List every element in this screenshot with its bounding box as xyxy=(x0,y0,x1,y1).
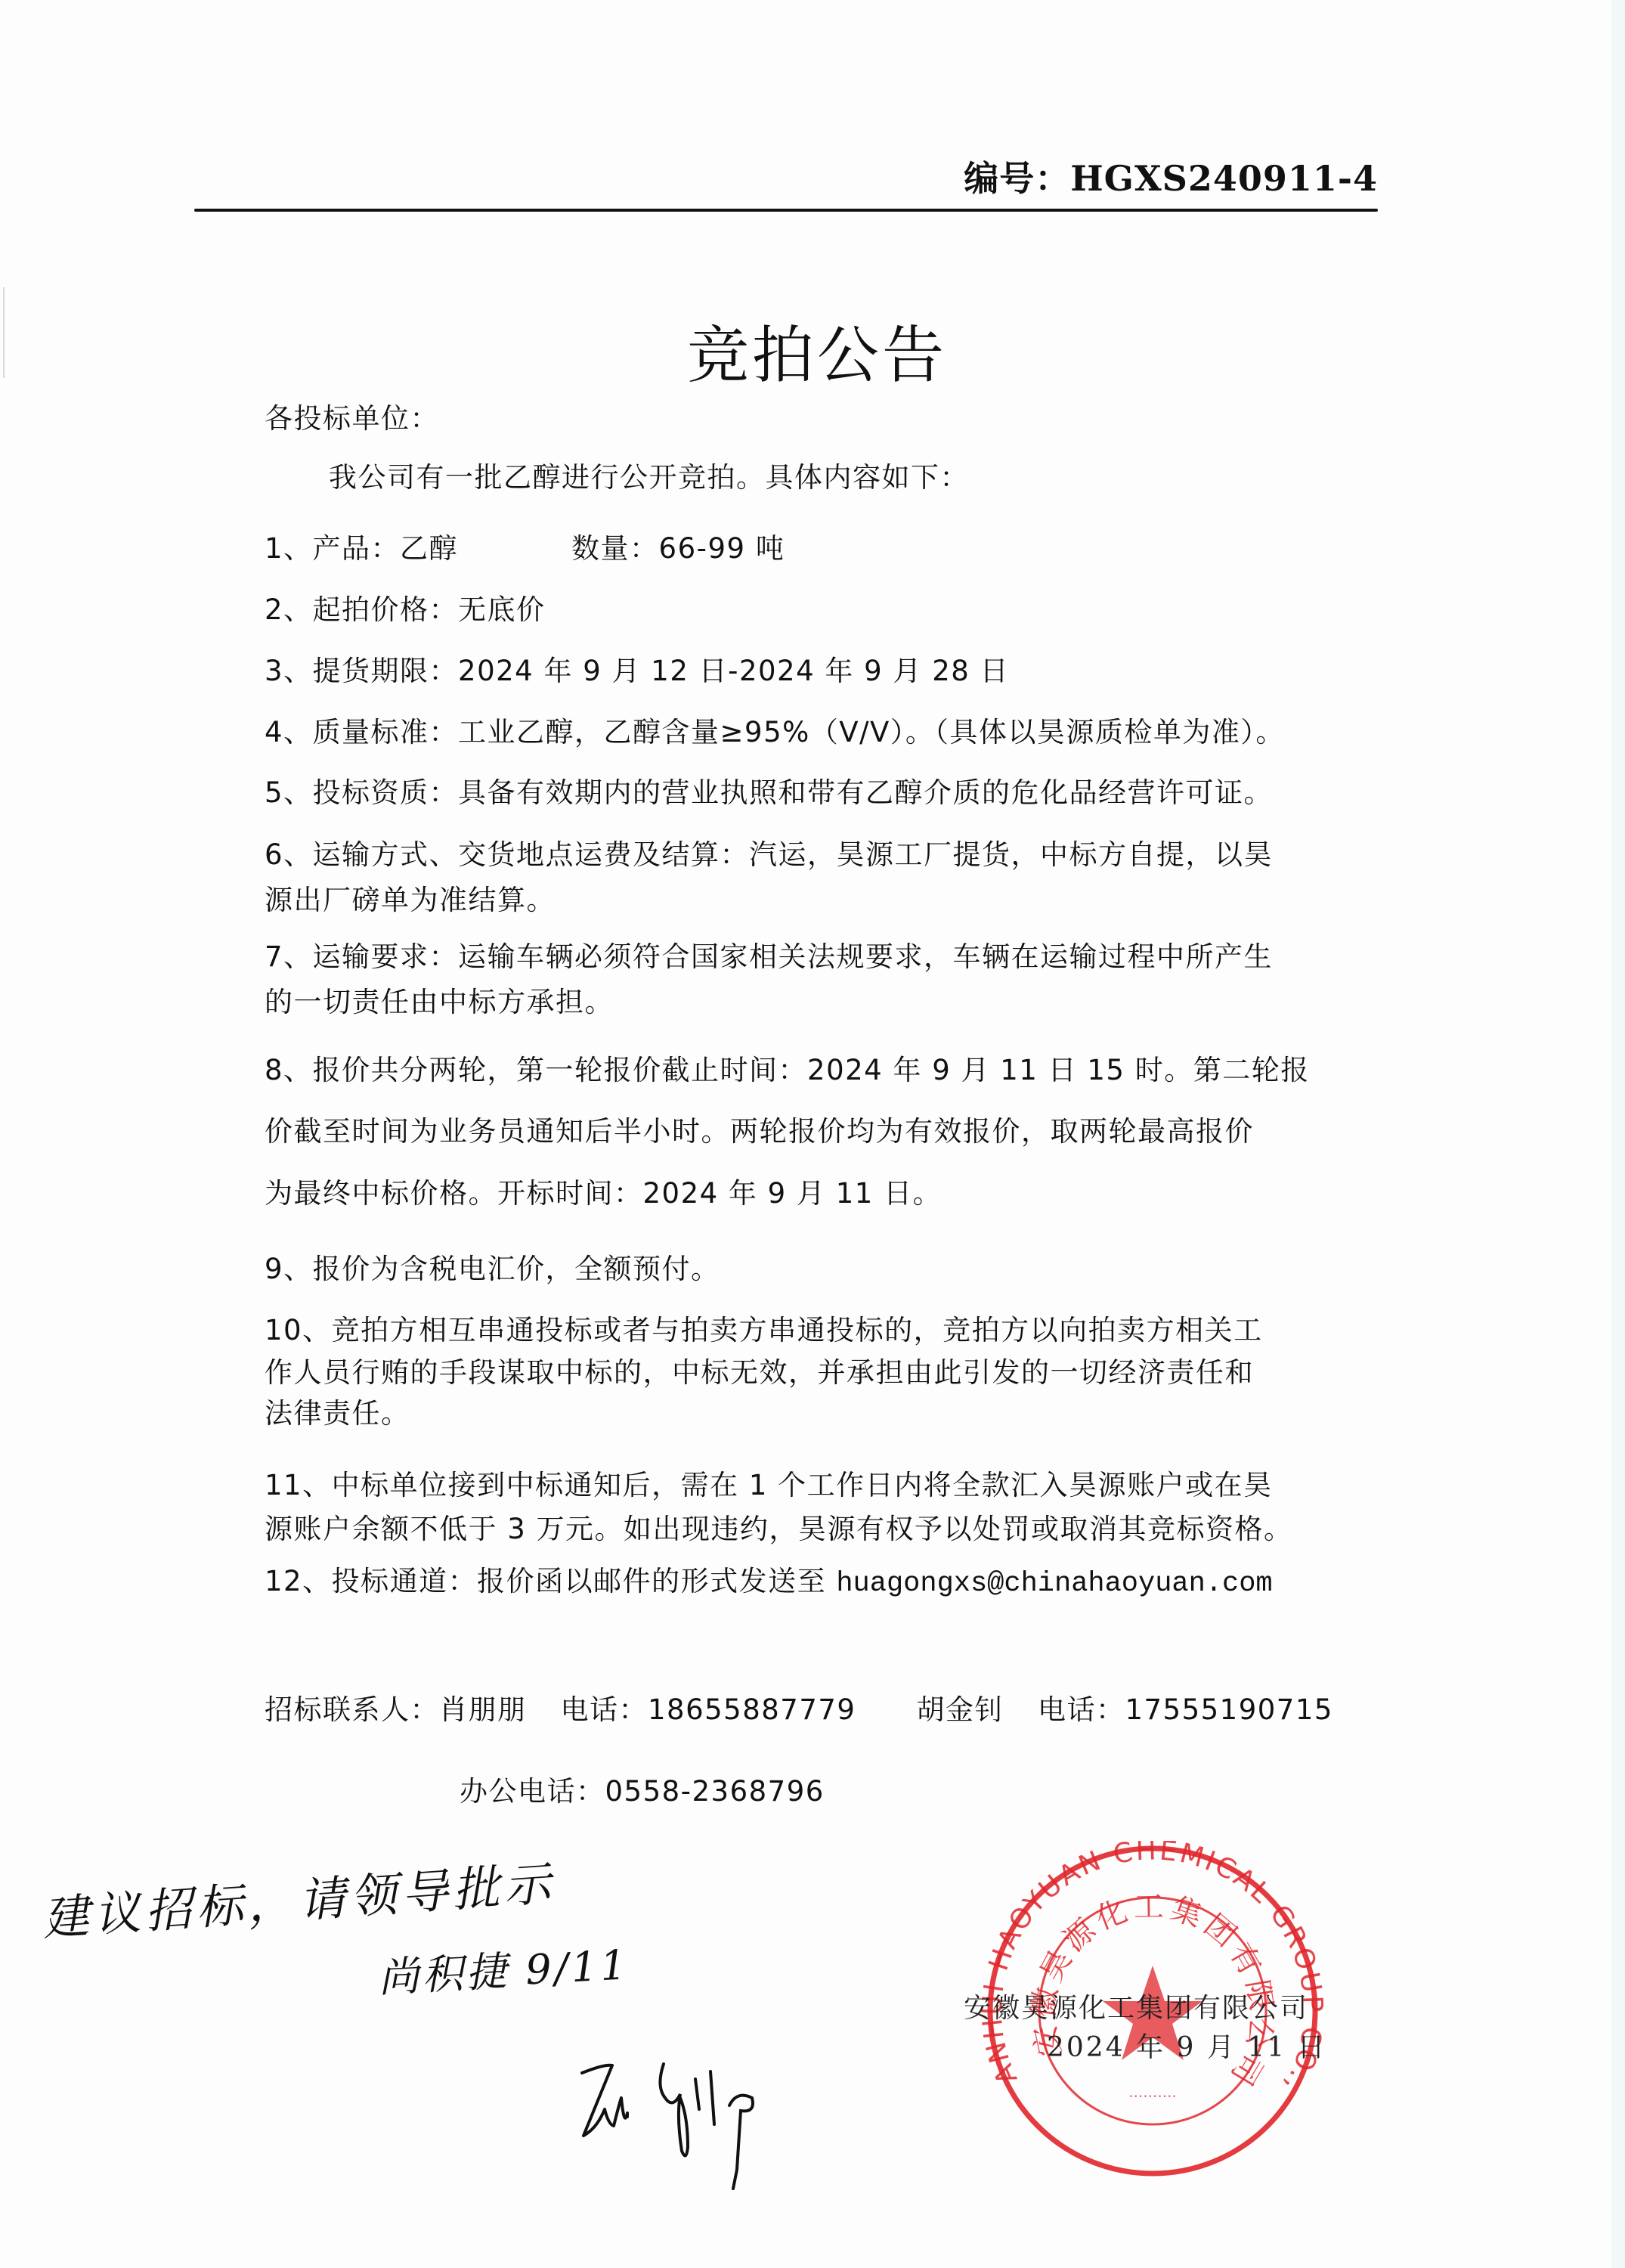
signoff-date: 2024 年 9 月 11 日 xyxy=(1047,2026,1327,2065)
contact-2-name: 胡金钊 xyxy=(916,1693,1004,1726)
item-10-line-1: 10、竞拍方相互串通投标或者与拍卖方串通投标的，竞拍方以向拍卖方相关工 xyxy=(265,1316,1263,1344)
item-3: 3、提货期限：2024 年 9 月 12 日-2024 年 9 月 28 日 xyxy=(265,657,1009,685)
item-10-line-3: 法律责任。 xyxy=(265,1399,410,1427)
item-11-line-2: 源账户余额不低于 3 万元。如出现违约，昊源有权予以处罚或取消其竞标资格。 xyxy=(265,1515,1293,1543)
contact-2-phone: 17555190715 xyxy=(1125,1693,1332,1726)
item-9: 9、报价为含税电汇价，全额预付。 xyxy=(265,1255,720,1283)
item-7-line-2: 的一切责任由中标方承担。 xyxy=(265,988,614,1016)
item-1-quantity: 数量：66-99 吨 xyxy=(571,532,785,565)
contact-1-name: 肖朋朋 xyxy=(439,1693,527,1726)
item-6-line-2: 源出厂磅单为准结算。 xyxy=(265,886,556,914)
office-phone-label: 办公电话： xyxy=(460,1775,605,1808)
contact-1-phone-label: 电话： xyxy=(561,1693,648,1726)
item-6-line-1: 6、运输方式、交货地点运费及结算：汽运，昊源工厂提货，中标方自提，以昊 xyxy=(265,841,1273,869)
item-4: 4、质量标准：工业乙醇，乙醇含量≥95%（V/V）。（具体以昊源质检单为准）。 xyxy=(265,718,1285,746)
header-rule xyxy=(194,209,1378,212)
item-7-line-1: 7、运输要求：运输车辆必须符合国家相关法规要求，车辆在运输过程中所产生 xyxy=(265,943,1273,971)
intro-paragraph: 我公司有一批乙醇进行公开竞拍。具体内容如下： xyxy=(329,463,969,491)
item-5: 5、投标资质：具备有效期内的营业执照和带有乙醇介质的危化品经营许可证。 xyxy=(265,779,1273,807)
item-8-line-2: 价截至时间为业务员通知后半小时。两轮报价均为有效报价，取两轮最高报价 xyxy=(265,1117,1254,1145)
handwritten-recommendation: 建议招标，请领导批示 xyxy=(40,1845,558,1948)
handwritten-initials-date: 尚积捷 9/11 xyxy=(376,1932,630,2003)
item-2: 2、起拍价格：无底价 xyxy=(265,596,546,624)
item-8-line-3: 为最终中标价格。开标时间：2024 年 9 月 11 日。 xyxy=(265,1179,942,1207)
item-1-product: 1、产品：乙醇 xyxy=(265,532,458,565)
handwritten-signature-icon xyxy=(574,2056,801,2230)
contact-1-phone: 18655887779 xyxy=(648,1693,856,1726)
signoff-company: 安徽昊源化工集团有限公司 xyxy=(964,1987,1387,2025)
item-10-line-2: 作人员行贿的手段谋取中标的，中标无效，并承担由此引发的一切经济责任和 xyxy=(265,1359,1254,1387)
page-title: 竞拍公告 xyxy=(0,306,1625,395)
document-number: 编号：HGXS240911-4 xyxy=(964,151,1378,201)
bid-email[interactable]: huagongxs@chinahaoyuan.com xyxy=(836,1568,1272,1600)
item-12-text: 12、投标通道：报价函以邮件的形式发送至 xyxy=(265,1565,836,1597)
salutation: 各投标单位： xyxy=(265,404,439,432)
contact-2-phone-label: 电话： xyxy=(1038,1693,1125,1726)
item-1: 1、产品：乙醇数量：66-99 吨 xyxy=(265,534,785,562)
office-phone: 0558-2368796 xyxy=(605,1775,825,1808)
contacts-label: 招标联系人： xyxy=(265,1693,439,1726)
svg-text:··········: ·········· xyxy=(1128,2087,1177,2105)
item-12: 12、投标通道：报价函以邮件的形式发送至 huagongxs@chinahaoy… xyxy=(265,1567,1273,1598)
office-phone-row: 办公电话：0558-2368796 xyxy=(460,1777,825,1805)
item-11-line-1: 11、中标单位接到中标通知后，需在 1 个工作日内将全款汇入昊源账户或在昊 xyxy=(265,1471,1273,1499)
contacts-row: 招标联系人：肖朋朋电话：18655887779胡金钊电话：17555190715 xyxy=(265,1696,1333,1724)
item-8-line-1: 8、报价共分两轮，第一轮报价截止时间：2024 年 9 月 11 日 15 时。… xyxy=(265,1056,1310,1084)
